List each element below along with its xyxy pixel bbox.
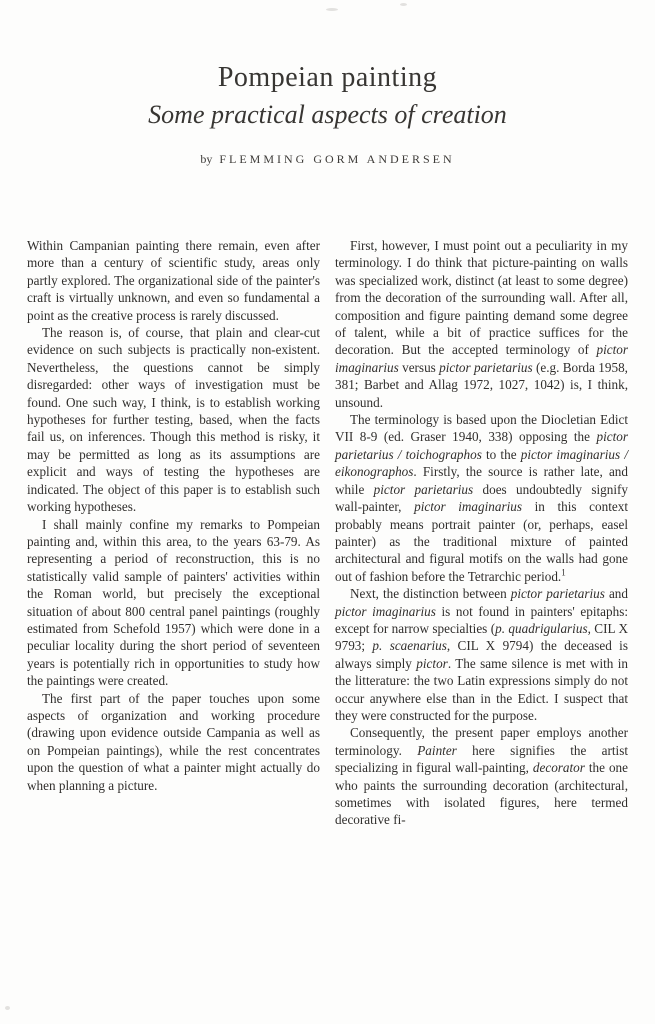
two-column-text: Within Campanian painting there remain, … <box>0 167 655 829</box>
byline-prefix: by <box>200 152 212 166</box>
paragraph: Within Campanian painting there remain, … <box>27 237 320 324</box>
scan-artifact <box>326 8 338 11</box>
byline-author: FLEMMING GORM ANDERSEN <box>219 152 454 166</box>
document-page: Pompeian painting Some practical aspects… <box>0 0 655 1024</box>
right-column: First, however, I must point out a pecul… <box>335 237 628 829</box>
paragraph: The terminology is based upon the Diocle… <box>335 411 628 585</box>
byline: byFLEMMING GORM ANDERSEN <box>0 152 655 167</box>
article-header: Pompeian painting Some practical aspects… <box>0 0 655 167</box>
article-subtitle: Some practical aspects of creation <box>0 100 655 130</box>
paragraph: Next, the distinction between pictor par… <box>335 585 628 724</box>
paragraph: Consequently, the present paper employs … <box>335 724 628 828</box>
scan-artifact <box>5 1006 10 1010</box>
paragraph: The reason is, of course, that plain and… <box>27 324 320 515</box>
left-column: Within Campanian painting there remain, … <box>27 237 320 829</box>
paragraph: The first part of the paper touches upon… <box>27 690 320 794</box>
scan-artifact <box>400 3 407 6</box>
article-title: Pompeian painting <box>0 62 655 94</box>
paragraph: First, however, I must point out a pecul… <box>335 237 628 411</box>
paragraph: I shall mainly confine my remarks to Pom… <box>27 516 320 690</box>
